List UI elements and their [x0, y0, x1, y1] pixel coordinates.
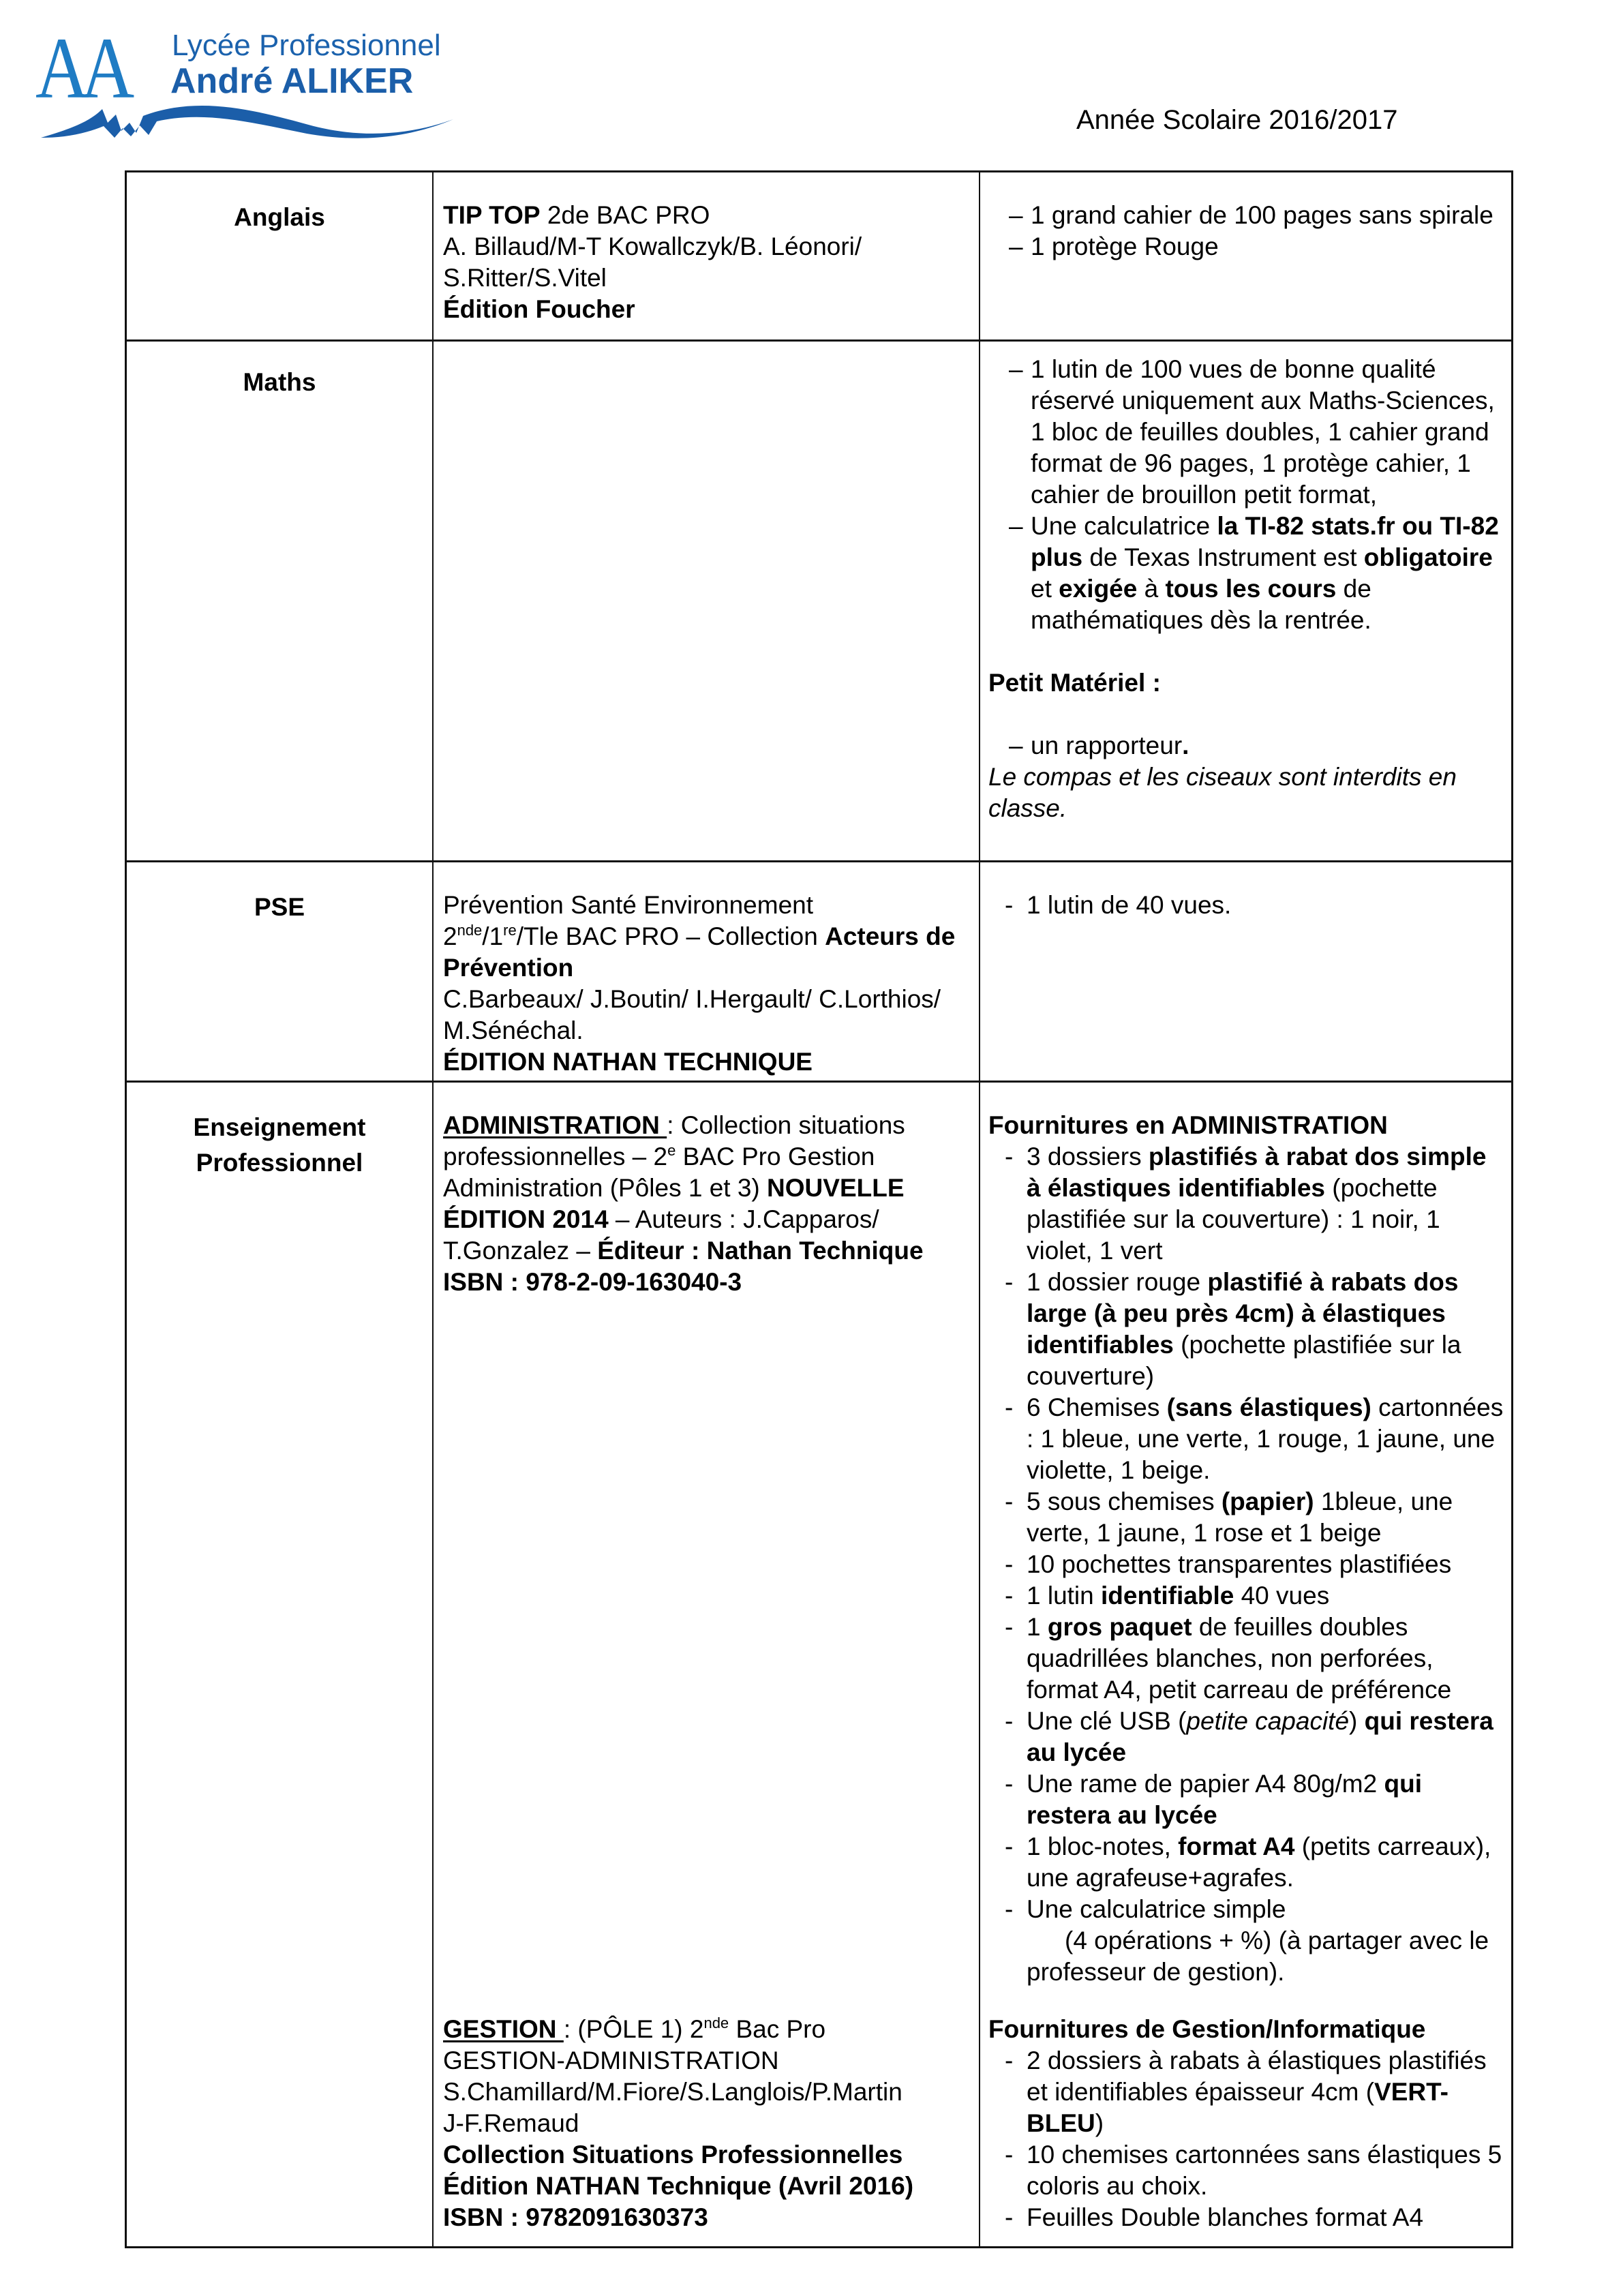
bullet-dash-icon: - — [1005, 1267, 1013, 1298]
supply-item: –Une calculatrice la TI-82 stats.fr ou T… — [988, 511, 1504, 636]
supply-heading: Fournitures en ADMINISTRATION — [988, 1110, 1504, 1141]
text-line: GESTION-ADMINISTRATION — [443, 2045, 969, 2076]
subject-cell: Maths — [127, 342, 432, 860]
bullet-dash-icon: - — [1005, 2202, 1013, 2233]
text-line: C.Barbeaux/ J.Boutin/ I.Hergault/ C.Lort… — [443, 984, 969, 1046]
supply-item: -1 gros paquet de feuilles doubles quadr… — [988, 1612, 1504, 1706]
text-line: ISBN : 9782091630373 — [443, 2202, 969, 2233]
supply-item: -Une clé USB (petite capacité) qui reste… — [988, 1706, 1504, 1768]
supply-item: -10 chemises cartonnées sans élastiques … — [988, 2139, 1504, 2202]
text-line: Édition Foucher — [443, 294, 969, 325]
text-line: ÉDITION NATHAN TECHNIQUE — [443, 1046, 969, 1078]
supplies-list: –1 lutin de 100 vues de bonne qualité ré… — [980, 342, 1511, 824]
books-cell — [432, 342, 979, 860]
supplies-list: -1 lutin de 40 vues. — [980, 862, 1511, 921]
books-cell: Prévention Santé Environnement2nde/1re/T… — [432, 862, 979, 1081]
books-text — [434, 342, 979, 369]
school-logo: AA Lycée Professionnel André ALIKER — [27, 20, 464, 143]
supply-item: –1 protège Rouge — [988, 231, 1504, 262]
supply-item: -5 sous chemises (papier) 1bleue, une ve… — [988, 1486, 1504, 1549]
text-line: J-F.Remaud — [443, 2108, 969, 2139]
school-year: Année Scolaire 2016/2017 — [1076, 100, 1397, 140]
supply-item: -Une calculatrice simple(4 opérations + … — [988, 1894, 1504, 1988]
supply-item: -6 Chemises (sans élastiques) cartonnées… — [988, 1392, 1504, 1486]
supplies-list-administration: Fournitures en ADMINISTRATION-3 dossiers… — [980, 1083, 1511, 1988]
books-text: Prévention Santé Environnement2nde/1re/T… — [434, 862, 979, 1078]
supply-item: –1 lutin de 100 vues de bonne qualité ré… — [988, 354, 1504, 511]
text-line: TIP TOP 2de BAC PRO — [443, 200, 969, 231]
supplies-cell: –1 lutin de 100 vues de bonne qualité ré… — [979, 342, 1511, 860]
bullet-dash-icon: - — [1005, 1392, 1013, 1423]
books-text-administration: ADMINISTRATION : Collection situations p… — [434, 1083, 979, 1298]
text-line: Collection Situations Professionnelles — [443, 2139, 969, 2171]
bullet-dash-icon: – — [1009, 200, 1023, 231]
bullet-dash-icon: - — [1005, 1549, 1013, 1580]
text-line: S.Ritter/S.Vitel — [443, 262, 969, 294]
bullet-dash-icon: - — [1005, 2139, 1013, 2171]
bullet-dash-icon: - — [1005, 1141, 1013, 1173]
supply-item: -3 dossiers plastifiés à rabat dos simpl… — [988, 1141, 1504, 1267]
supply-item: -Feuilles Double blanches format A4 — [988, 2202, 1504, 2233]
supplies-cell: Fournitures en ADMINISTRATION-3 dossiers… — [979, 1083, 1511, 2246]
supply-heading: Petit Matériel : — [988, 667, 1504, 699]
logo-school-type: Lycée Professionnel — [172, 29, 441, 63]
bullet-dash-icon: – — [1009, 354, 1023, 385]
text-line: 2nde/1re/Tle BAC PRO – Collection Acteur… — [443, 921, 969, 984]
supplies-table: Anglais TIP TOP 2de BAC PROA. Billaud/M-… — [125, 170, 1513, 2248]
text-line: S.Chamillard/M.Fiore/S.Langlois/P.Martin — [443, 2076, 969, 2108]
bullet-dash-icon: – — [1009, 511, 1023, 542]
supply-item: -10 pochettes transparentes plastifiées — [988, 1549, 1504, 1580]
bullet-dash-icon: - — [1005, 1612, 1013, 1643]
supplies-cell: -1 lutin de 40 vues. — [979, 862, 1511, 1081]
table-row-pse: PSE Prévention Santé Environnement2nde/1… — [127, 860, 1511, 1081]
subject-label: Maths — [127, 342, 432, 400]
table-row-enseignement-professionnel: EnseignementProfessionnel ADMINISTRATION… — [127, 1081, 1511, 2246]
books-text: TIP TOP 2de BAC PROA. Billaud/M-T Kowall… — [434, 172, 979, 325]
supply-item: -1 dossier rouge plastifié à rabats dos … — [988, 1267, 1504, 1392]
text-line: A. Billaud/M-T Kowallczyk/B. Léonori/ — [443, 231, 969, 262]
books-cell: TIP TOP 2de BAC PROA. Billaud/M-T Kowall… — [432, 172, 979, 339]
bullet-dash-icon: - — [1005, 1768, 1013, 1800]
subject-cell: Anglais — [127, 172, 432, 339]
logo-wave-icon — [27, 95, 464, 143]
bullet-dash-icon: - — [1005, 1706, 1013, 1737]
subject-label: EnseignementProfessionnel — [127, 1083, 432, 1181]
bullet-dash-icon: - — [1005, 1894, 1013, 1925]
supply-heading: Le compas et les ciseaux sont interdits … — [988, 761, 1504, 824]
supplies-cell: –1 grand cahier de 100 pages sans spiral… — [979, 172, 1511, 339]
supply-item: –un rapporteur. — [988, 730, 1504, 761]
supply-item: -2 dossiers à rabats à élastiques plasti… — [988, 2045, 1504, 2139]
bullet-dash-icon: - — [1005, 890, 1013, 921]
text-line: ADMINISTRATION : Collection situations p… — [443, 1110, 969, 1267]
subject-cell: EnseignementProfessionnel — [127, 1083, 432, 2246]
subject-label: Anglais — [127, 172, 432, 235]
supply-item: -Une rame de papier A4 80g/m2 qui rester… — [988, 1768, 1504, 1831]
bullet-dash-icon: – — [1009, 730, 1023, 761]
supply-item: -1 bloc-notes, format A4 (petits carreau… — [988, 1831, 1504, 1894]
text-line: Édition NATHAN Technique (Avril 2016) — [443, 2171, 969, 2202]
bullet-dash-icon: – — [1009, 231, 1023, 262]
bullet-dash-icon: - — [1005, 1831, 1013, 1862]
supply-item: -1 lutin identifiable 40 vues — [988, 1580, 1504, 1612]
text-line: ISBN : 978-2-09-163040-3 — [443, 1267, 969, 1298]
supplies-list-gestion: Fournitures de Gestion/Informatique-2 do… — [980, 2014, 1511, 2233]
subject-label: PSE — [127, 862, 432, 925]
bullet-dash-icon: - — [1005, 1486, 1013, 1517]
bullet-dash-icon: - — [1005, 2045, 1013, 2076]
subject-cell: PSE — [127, 862, 432, 1081]
supply-item: –1 grand cahier de 100 pages sans spiral… — [988, 200, 1504, 231]
text-line: GESTION : (PÔLE 1) 2nde Bac Pro — [443, 2014, 969, 2045]
text-line: Prévention Santé Environnement — [443, 890, 969, 921]
books-text-gestion: GESTION : (PÔLE 1) 2nde Bac ProGESTION-A… — [434, 2014, 979, 2233]
table-row-maths: Maths –1 lutin de 100 vues de bonne qual… — [127, 339, 1511, 860]
supply-item: -1 lutin de 40 vues. — [988, 890, 1504, 921]
bullet-dash-icon: - — [1005, 1580, 1013, 1612]
supplies-list: –1 grand cahier de 100 pages sans spiral… — [980, 172, 1511, 262]
supply-heading: Fournitures de Gestion/Informatique — [988, 2014, 1504, 2045]
books-cell: ADMINISTRATION : Collection situations p… — [432, 1083, 979, 2246]
table-row-anglais: Anglais TIP TOP 2de BAC PROA. Billaud/M-… — [127, 172, 1511, 339]
